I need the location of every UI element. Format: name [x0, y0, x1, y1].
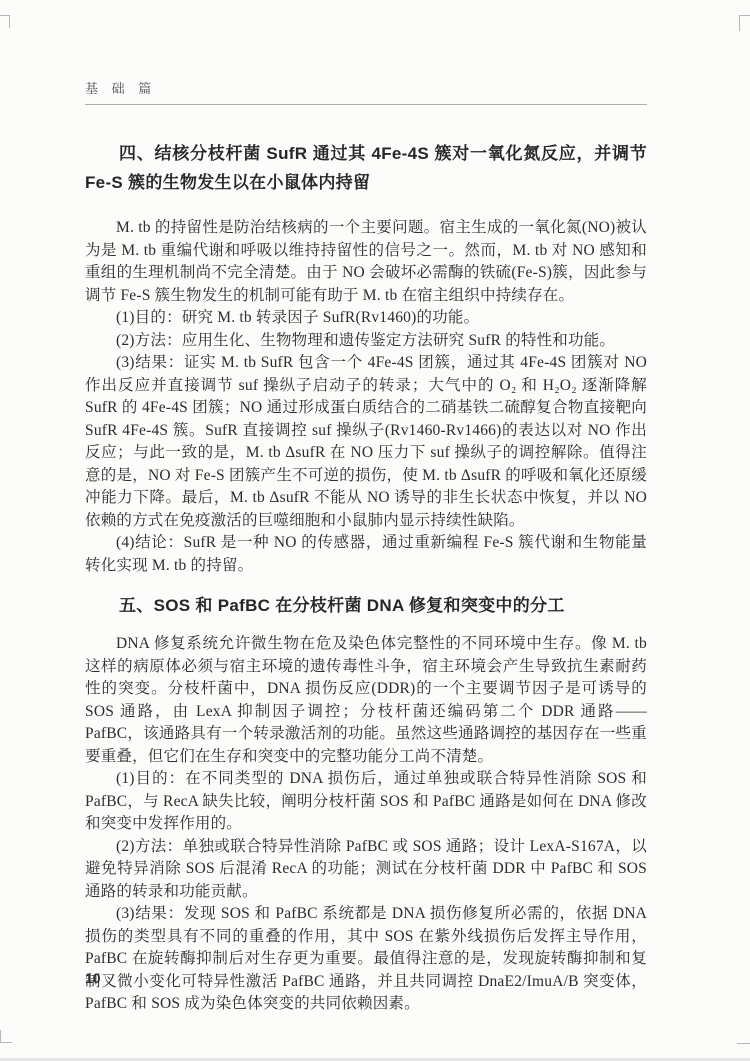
page-content: 基 础 篇 四、结核分枝杆菌 SufR 通过其 4Fe-4S 簇对一氧化氮反应，… [85, 78, 647, 1016]
running-header: 基 础 篇 [85, 78, 647, 105]
section-4-conclusion-paragraph: (4)结论：SufR 是一种 NO 的传感器，通过重新编程 Fe-S 簇代谢和生… [85, 532, 647, 577]
section-5-result-paragraph: (3)结果：发现 SOS 和 PafBC 系统都是 DNA 损伤修复所必需的，依… [85, 903, 647, 1016]
section-5-aim-paragraph: (1)目的：在不同类型的 DNA 损伤后，通过单独或联合特异性消除 SOS 和 … [85, 768, 647, 836]
book-page: 基 础 篇 四、结核分枝杆菌 SufR 通过其 4Fe-4S 簇对一氧化氮反应，… [0, 0, 750, 1061]
section-5-heading: 五、SOS 和 PafBC 在分枝杆菌 DNA 修复和突变中的分工 [85, 591, 647, 620]
section-5-intro-paragraph: DNA 修复系统允许微生物在危及染色体完整性的不同环境中生存。像 M. tb 这… [85, 633, 647, 768]
section-4-result-paragraph: (3)结果：证实 M. tb SufR 包含一个 4Fe-4S 团簇，通过其 4… [85, 352, 647, 532]
section-4-aim-paragraph: (1)目的：研究 M. tb 转录因子 SufR(Rv1460)的功能。 [85, 307, 647, 330]
crop-mark-bottom-left-icon [0, 1030, 12, 1043]
section-5-method-paragraph: (2)方法：单独或联合特异性消除 PafBC 或 SOS 通路；设计 LexA-… [85, 836, 647, 904]
crop-mark-top-right-icon [739, 15, 750, 31]
section-4-method-paragraph: (2)方法：应用生化、生物物理和遗传鉴定方法研究 SufR 的特性和功能。 [85, 330, 647, 353]
crop-mark-bottom-right-icon [737, 1031, 750, 1044]
section-4-intro-paragraph: M. tb 的持留性是防治结核病的一个主要问题。宿主生成的一氧化氮(NO)被认为… [85, 217, 647, 307]
page-number: 10 [85, 970, 101, 986]
section-4-heading: 四、结核分枝杆菌 SufR 通过其 4Fe-4S 簇对一氧化氮反应，并调节 Fe… [85, 139, 647, 197]
crop-mark-top-left-icon [0, 15, 10, 28]
running-header-label: 基 础 篇 [85, 81, 156, 96]
